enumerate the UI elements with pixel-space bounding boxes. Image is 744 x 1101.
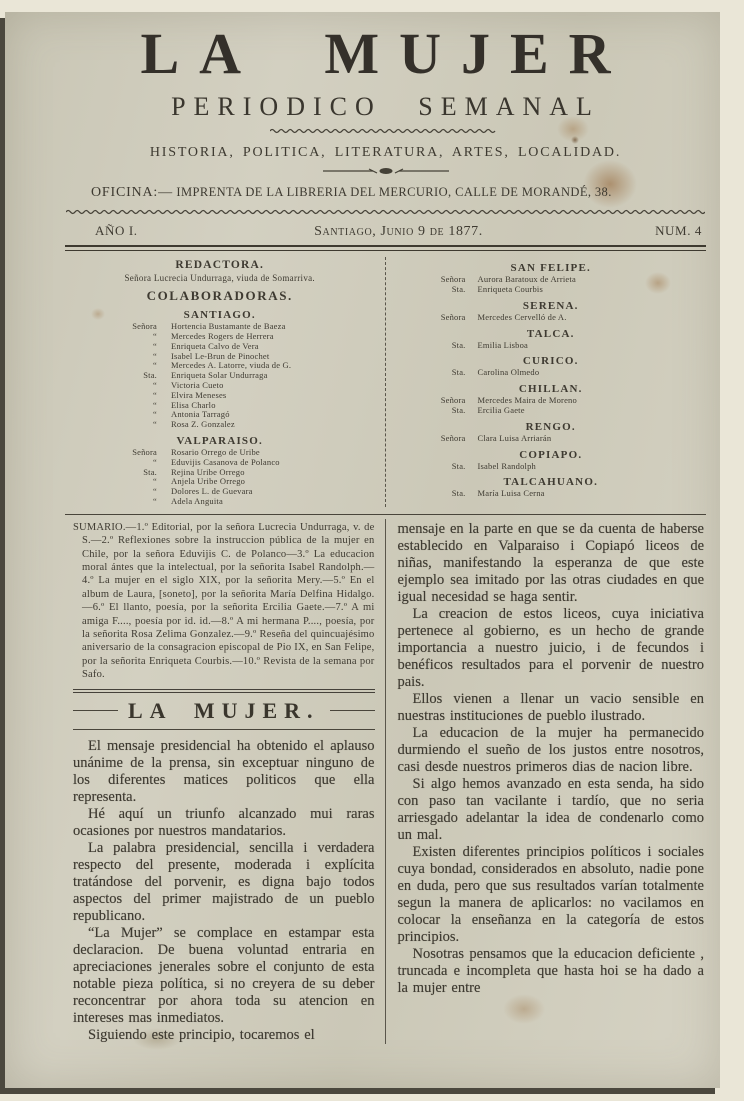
contributor-row: Sta.Emilia Lisboa	[396, 341, 707, 351]
contributor-title: “	[65, 410, 157, 420]
contributor-row: SeñoraAurora Baratoux de Arrieta	[396, 275, 707, 285]
contributor-row: Sta.María Luisa Cerna	[396, 489, 707, 499]
scanned-newspaper-screenshot: { "colors": { "paper": "#cfccbd", "ink":…	[0, 0, 744, 1101]
contributor-title: “	[65, 497, 157, 507]
article-paragraph: Si algo hemos avanzado en esta senda, ha…	[398, 776, 705, 844]
contributor-row: SeñoraClara Luisa Arriarán	[396, 434, 707, 444]
office-prefix: OFICINA:—	[91, 185, 173, 200]
article-paragraph: Nosotras pensamos que la educacion defic…	[398, 946, 705, 997]
article-paragraph: El mensaje presidencial ha obtenido el a…	[73, 738, 375, 806]
contributor-title: Sta.	[396, 462, 466, 472]
city-heading: TALCAHUANO.	[396, 476, 707, 488]
article-left-paragraphs: El mensaje presidencial ha obtenido el a…	[73, 738, 375, 1044]
article-paragraph: Siguiendo este principio, tocaremos el	[73, 1027, 375, 1044]
contributor-title: Sta.	[396, 285, 466, 295]
article-left-column: SUMARIO.—1.º Editorial, por la señora Lu…	[65, 519, 386, 1044]
article-paragraph: Hé aquí un triunfo alcanzado mui raras o…	[73, 806, 375, 840]
article-columns: SUMARIO.—1.º Editorial, por la señora Lu…	[65, 519, 706, 1044]
article-right-column: mensaje en la parte en que se da cuenta …	[386, 519, 707, 1044]
contributor-title: “	[65, 487, 157, 497]
contributor-row: Sta.Carolina Olmedo	[396, 368, 707, 378]
city-heading: TALCA.	[396, 328, 707, 340]
contributor-row: SeñoraMercedes Cervelló de A.	[396, 313, 707, 323]
article-paragraph: La creacion de estos liceos, cuya inicia…	[398, 606, 705, 691]
city-heading: COPIAPO.	[396, 449, 707, 461]
contributor-title: “	[65, 352, 157, 362]
office-line: OFICINA:— IMPRENTA DE LA LIBRERIA DEL ME…	[65, 185, 706, 201]
ornament-divider	[65, 166, 706, 176]
contributor-name: María Luisa Cerna	[478, 489, 707, 499]
city-heading: VALPARAISO.	[65, 435, 375, 447]
newspaper-title: LA MUJER	[65, 24, 706, 83]
contributor-groups-left: SANTIAGO.SeñoraHortencia Bustamante de B…	[65, 309, 375, 507]
contributor-title: “	[65, 401, 157, 411]
masthead: LA MUJER PERIODICO SEMANAL HISTORIA, POL…	[65, 24, 706, 251]
city-heading: CURICO.	[396, 355, 707, 367]
issue-date: Santiago, Junio 9 de 1877.	[225, 224, 572, 240]
contributor-title: Sta.	[396, 489, 466, 499]
article-heading: LA MUJER.	[128, 698, 320, 724]
redactora-heading: REDACTORA.	[65, 259, 375, 271]
contributor-name: Enriqueta Courbis	[478, 285, 707, 295]
wavy-rule	[66, 208, 705, 216]
contributor-name: Mercedes Cervelló de A.	[478, 313, 707, 323]
contributors-right-column: SAN FELIPE.SeñoraAurora Baratoux de Arri…	[386, 257, 707, 507]
contributor-title: Señora	[65, 322, 157, 332]
dateline: AÑO I. Santiago, Junio 9 de 1877. NUM. 4	[65, 223, 706, 240]
article-paragraph: La palabra presidencial, sencilla i verd…	[73, 840, 375, 925]
contributor-name: Ercilia Gaete	[478, 406, 707, 416]
contributor-row: Sta.Enriqueta Courbis	[396, 285, 707, 295]
article-heading-block: LA MUJER.	[73, 698, 375, 730]
redactora-name: Señora Lucrecia Undurraga, viuda de Soma…	[65, 273, 375, 283]
contributor-name: Emilia Lisboa	[478, 341, 707, 351]
colaboradoras-heading: COLABORADORAS.	[65, 288, 375, 304]
year-label: AÑO I.	[95, 223, 225, 239]
city-heading: SAN FELIPE.	[396, 262, 707, 274]
contributor-title: “	[65, 420, 157, 430]
page-content: LA MUJER PERIODICO SEMANAL HISTORIA, POL…	[5, 12, 720, 1088]
contributor-row: “Adela Anguita	[65, 497, 375, 507]
city-heading: RENGO.	[396, 421, 707, 433]
sumario-paragraph: SUMARIO.—1.º Editorial, por la señora Lu…	[73, 521, 375, 682]
contributor-title: “	[65, 332, 157, 342]
contributors-section: REDACTORA. Señora Lucrecia Undurraga, vi…	[65, 251, 706, 512]
contributor-name: Rosa Z. Gonzalez	[171, 420, 375, 430]
contributor-row: “Elvira Meneses	[65, 391, 375, 401]
city-heading: SERENA.	[396, 300, 707, 312]
contributor-title: Sta.	[396, 368, 466, 378]
contributor-name: Adela Anguita	[171, 497, 375, 507]
contributor-title: Sta.	[65, 468, 157, 478]
contributor-row: “Rosa Z. Gonzalez	[65, 420, 375, 430]
contributor-title: Señora	[396, 313, 466, 323]
contributor-name: Clara Luisa Arriarán	[478, 434, 707, 444]
newspaper-subtitle: PERIODICO SEMANAL	[65, 92, 706, 122]
article-paragraph: mensaje en la parte en que se da cuenta …	[398, 521, 705, 606]
contributor-row: Sta.Ercilia Gaete	[396, 406, 707, 416]
contributor-title: Sta.	[396, 341, 466, 351]
tagline: HISTORIA, POLITICA, LITERATURA, ARTES, L…	[65, 145, 706, 161]
contributor-title: Sta.	[65, 371, 157, 381]
contributor-row: SeñoraMercedes Maira de Moreno	[396, 396, 707, 406]
sumario-rule	[73, 689, 375, 693]
article-paragraph: La educacion de la mujer ha permanecido …	[398, 725, 705, 776]
office-text: IMPRENTA DE LA LIBRERIA DEL MERCURIO, CA…	[176, 185, 611, 199]
contributor-title: “	[65, 477, 157, 487]
issue-number: NUM. 4	[572, 223, 702, 239]
contributor-title: “	[65, 391, 157, 401]
contributor-title: “	[65, 381, 157, 391]
newspaper-page: LA MUJER PERIODICO SEMANAL HISTORIA, POL…	[5, 12, 720, 1088]
contributor-name: Isabel Randolph	[478, 462, 707, 472]
contributor-title: “	[65, 342, 157, 352]
contributor-title: Sta.	[396, 406, 466, 416]
contributor-row: Sta.Isabel Randolph	[396, 462, 707, 472]
wavy-divider	[270, 127, 502, 135]
contributor-groups-right: SAN FELIPE.SeñoraAurora Baratoux de Arri…	[396, 262, 707, 499]
contributor-title: Señora	[65, 448, 157, 458]
city-heading: SANTIAGO.	[65, 309, 375, 321]
contributor-title: Señora	[396, 434, 466, 444]
contributors-left-column: REDACTORA. Señora Lucrecia Undurraga, vi…	[65, 257, 386, 507]
section-rule	[65, 514, 706, 515]
article-paragraph: Ellos vienen a llenar un vacio sensible …	[398, 691, 705, 725]
contributor-name: Carolina Olmedo	[478, 368, 707, 378]
article-paragraph: Existen diferentes principios políticos …	[398, 844, 705, 946]
article-paragraph: “La Mujer” se complace en estampar esta …	[73, 925, 375, 1027]
article-right-paragraphs: mensaje en la parte en que se da cuenta …	[398, 521, 705, 997]
city-heading: CHILLAN.	[396, 383, 707, 395]
